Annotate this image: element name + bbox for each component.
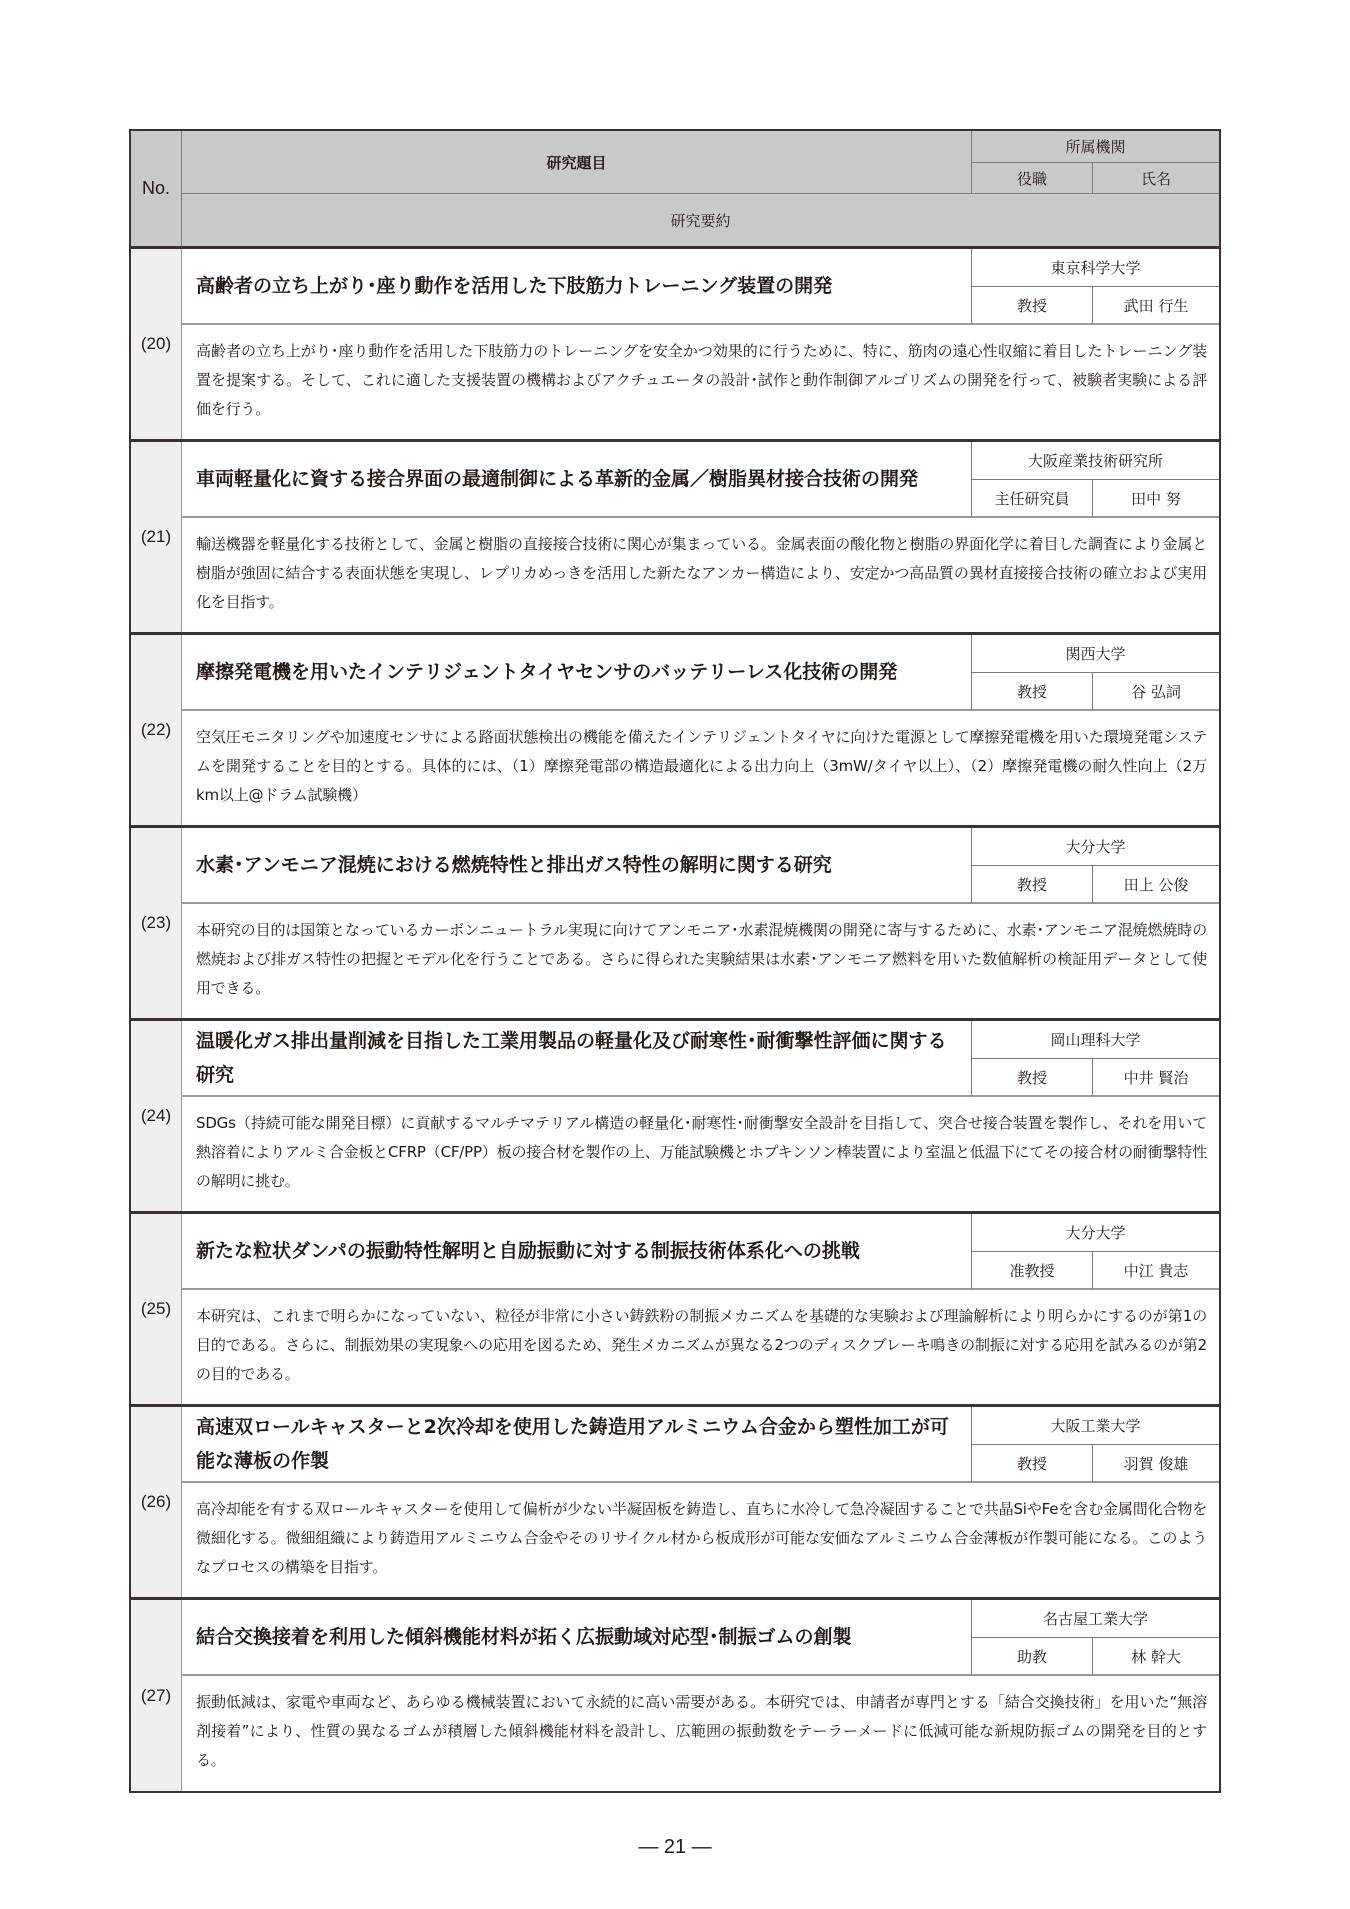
table-row: (21) 車両軽量化に資する接合界面の最適制御による革新的金属／樹脂異材接合技術… <box>131 442 1219 635</box>
record-title: 摩擦発電機を用いたインテリジェントタイヤセンサのバッテリーレス化技術の開発 <box>182 635 972 711</box>
record-position: 教授 <box>972 287 1093 325</box>
record-title: 高速双ロールキャスターと2次冷却を使用した鋳造用アルミニウム合金から塑性加工が可… <box>182 1407 972 1483</box>
table-row: (24) 温暖化ガス排出量削減を目指した工業用製品の軽量化及び耐寒性･耐衝撃性評… <box>131 1021 1219 1214</box>
table-row: (27) 結合交換接着を利用した傾斜機能材料が拓く広振動域対応型･制振ゴムの創製… <box>131 1600 1219 1791</box>
record-affiliation: 大阪産業技術研究所 <box>972 442 1219 480</box>
header-affiliation: 所属機関 <box>972 131 1219 163</box>
record-title: 高齢者の立ち上がり･座り動作を活用した下肢筋力トレーニング装置の開発 <box>182 249 972 325</box>
record-title: 水素･アンモニア混焼における燃焼特性と排出ガス特性の解明に関する研究 <box>182 828 972 904</box>
record-position: 教授 <box>972 1059 1093 1097</box>
record-summary: 本研究の目的は国策となっているカーボンニュートラル実現に向けてアンモニア･水素混… <box>182 904 1219 1003</box>
record-affiliation: 名古屋工業大学 <box>972 1600 1219 1638</box>
record-position: 主任研究員 <box>972 480 1093 518</box>
record-summary: 高齢者の立ち上がり･座り動作を活用した下肢筋力のトレーニングを安全かつ効果的に行… <box>182 325 1219 424</box>
record-number: (24) <box>131 1021 182 1211</box>
table-row: (25) 新たな粒状ダンパの振動特性解明と自励振動に対する制振技術体系化への挑戦… <box>131 1214 1219 1407</box>
record-name: 林 幹大 <box>1093 1638 1219 1676</box>
record-number: (22) <box>131 635 182 825</box>
record-name: 中江 貴志 <box>1093 1252 1219 1290</box>
header-no: No. <box>131 131 182 246</box>
record-number: (26) <box>131 1407 182 1597</box>
table-row: (26) 高速双ロールキャスターと2次冷却を使用した鋳造用アルミニウム合金から塑… <box>131 1407 1219 1600</box>
header-name: 氏名 <box>1093 163 1219 194</box>
record-name: 武田 行生 <box>1093 287 1219 325</box>
record-title: 温暖化ガス排出量削減を目指した工業用製品の軽量化及び耐寒性･耐衝撃性評価に関する… <box>182 1021 972 1097</box>
record-position: 准教授 <box>972 1252 1093 1290</box>
record-summary: 本研究は、これまで明らかになっていない、粒径が非常に小さい鋳鉄粉の制振メカニズム… <box>182 1290 1219 1389</box>
record-name: 田上 公俊 <box>1093 866 1219 904</box>
record-title: 新たな粒状ダンパの振動特性解明と自励振動に対する制振技術体系化への挑戦 <box>182 1214 972 1290</box>
table-header: No. 研究題目 所属機関 役職 氏名 研究要約 <box>131 131 1219 249</box>
record-number: (20) <box>131 249 182 439</box>
research-table: No. 研究題目 所属機関 役職 氏名 研究要約 (20) 高齢者の立ち上がり･… <box>129 129 1221 1793</box>
record-summary: 輸送機器を軽量化する技術として、金属と樹脂の直接接合技術に関心が集まっている。金… <box>182 518 1219 617</box>
header-research-summary: 研究要約 <box>182 194 1219 246</box>
record-position: 教授 <box>972 1445 1093 1483</box>
record-number: (21) <box>131 442 182 632</box>
record-position: 教授 <box>972 866 1093 904</box>
record-affiliation: 大分大学 <box>972 828 1219 866</box>
record-summary: SDGs（持続可能な開発目標）に貢献するマルチマテリアル構造の軽量化･耐寒性･耐… <box>182 1097 1219 1196</box>
header-research-title: 研究題目 <box>182 131 972 194</box>
record-affiliation: 岡山理科大学 <box>972 1021 1219 1059</box>
record-title: 結合交換接着を利用した傾斜機能材料が拓く広振動域対応型･制振ゴムの創製 <box>182 1600 972 1676</box>
table-row: (20) 高齢者の立ち上がり･座り動作を活用した下肢筋力トレーニング装置の開発 … <box>131 249 1219 442</box>
record-position: 教授 <box>972 673 1093 711</box>
record-name: 中井 賢治 <box>1093 1059 1219 1097</box>
header-position: 役職 <box>972 163 1093 194</box>
table-row: (22) 摩擦発電機を用いたインテリジェントタイヤセンサのバッテリーレス化技術の… <box>131 635 1219 828</box>
record-title: 車両軽量化に資する接合界面の最適制御による革新的金属／樹脂異材接合技術の開発 <box>182 442 972 518</box>
record-summary: 高冷却能を有する双ロールキャスターを使用して偏析が少ない半凝固板を鋳造し、直ちに… <box>182 1483 1219 1582</box>
record-number: (27) <box>131 1600 182 1791</box>
record-name: 田中 努 <box>1093 480 1219 518</box>
record-affiliation: 関西大学 <box>972 635 1219 673</box>
record-name: 谷 弘詞 <box>1093 673 1219 711</box>
record-summary: 振動低減は、家電や車両など、あらゆる機械装置において永続的に高い需要がある。本研… <box>182 1676 1219 1775</box>
table-row: (23) 水素･アンモニア混焼における燃焼特性と排出ガス特性の解明に関する研究 … <box>131 828 1219 1021</box>
page-number: — 21 — <box>0 1836 1350 1859</box>
record-affiliation: 大分大学 <box>972 1214 1219 1252</box>
record-summary: 空気圧モニタリングや加速度センサによる路面状態検出の機能を備えたインテリジェント… <box>182 711 1219 810</box>
record-number: (23) <box>131 828 182 1018</box>
record-position: 助教 <box>972 1638 1093 1676</box>
record-number: (25) <box>131 1214 182 1404</box>
record-affiliation: 東京科学大学 <box>972 249 1219 287</box>
record-name: 羽賀 俊雄 <box>1093 1445 1219 1483</box>
record-affiliation: 大阪工業大学 <box>972 1407 1219 1445</box>
